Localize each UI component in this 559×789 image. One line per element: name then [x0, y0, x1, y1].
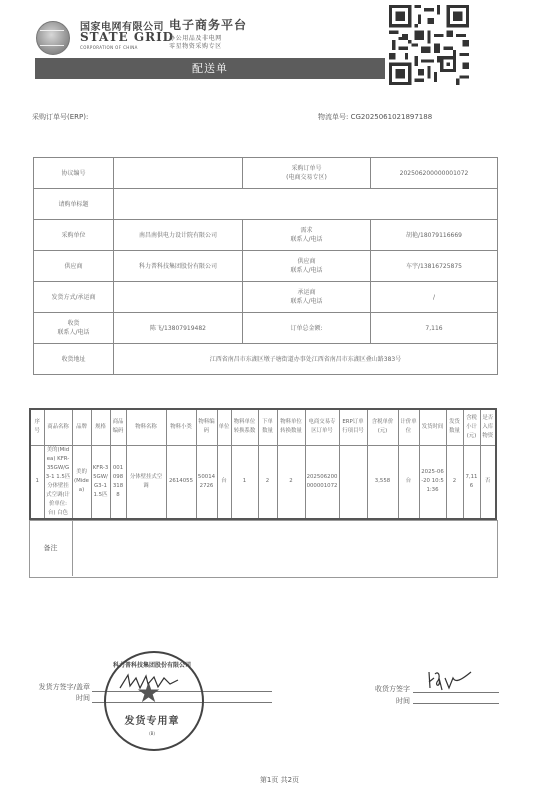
page-number: 第1页 共2页 — [0, 775, 559, 785]
receiver-line2: 联系人/电话 — [57, 329, 89, 336]
purchaser-value: 南昌南供电力设计院有限公司 — [114, 220, 243, 251]
po-number-value: 202506200000001072 — [371, 158, 498, 189]
table-cell: KFR-35GW/G3-1 1.5匹 — [91, 445, 110, 519]
erp-order-number: 采购订单号(ERP): — [32, 112, 88, 122]
items-header-row: 序号商品名称品牌规格商品编码物料名称物料小类物料编码单位物料单位转换系数下单数量… — [30, 409, 496, 445]
order-info-table: 协议编号 采购订单号(电商交易专区) 202506200000001072 请购… — [33, 157, 498, 375]
items-column-header: 含税单价(元) — [367, 409, 398, 445]
receiver-handwritten-signature-icon — [425, 668, 475, 692]
remark-label: 备注 — [29, 520, 73, 576]
items-column-header: 含税小计(元) — [463, 409, 480, 445]
address-value: 江西省南昌市东湖区墩子塘街道办事处江西省南昌市东湖区叠山路383号 — [114, 344, 498, 375]
po-label-line1: 采购订单号 — [291, 165, 321, 172]
items-column-header: 计价单位 — [398, 409, 419, 445]
table-cell: 台 — [398, 445, 419, 519]
items-column-header: 商品名称 — [44, 409, 72, 445]
info-row-request-title: 请购单标题 — [34, 189, 498, 220]
table-cell: 7,116 — [463, 445, 480, 519]
sender-signature-label: 发货方签字/盖章 — [0, 682, 90, 692]
request-title-label: 请购单标题 — [34, 189, 114, 220]
items-column-header: 电商交易专区订单号 — [305, 409, 339, 445]
company-name-en: STATE GRID — [80, 30, 174, 44]
company-name-sub: CORPORATION OF CHINA — [80, 45, 138, 50]
table-cell: 1 — [30, 445, 44, 519]
table-cell: 否 — [480, 445, 496, 519]
receiver-time-line[interactable] — [413, 703, 499, 704]
po-label-line2: (电商交易专区) — [286, 174, 327, 181]
table-cell: 202506200000001072 — [305, 445, 339, 519]
demand-contact-line2: 联系人/电话 — [290, 236, 322, 243]
supplier-contact-label: 供应商联系人/电话 — [243, 251, 371, 282]
table-cell: 2025-06-20 10:51:36 — [419, 445, 446, 519]
info-row-receiver: 收货联系人/电话 陈飞/13807919482 订单总金额: 7,116 — [34, 313, 498, 344]
items-column-header: 发货数量 — [446, 409, 463, 445]
receiver-signature-line[interactable] — [413, 692, 499, 693]
items-column-header: 物料单位转换系数 — [231, 409, 258, 445]
info-row-address: 收货地址 江西省南昌市东湖区墩子塘街道办事处江西省南昌市东湖区叠山路383号 — [34, 344, 498, 375]
items-column-header: 发货时间 — [419, 409, 446, 445]
sender-time-label: 时间 — [0, 693, 90, 703]
receiver-contact-label: 收货联系人/电话 — [34, 313, 114, 344]
info-row-shipping: 发货方式/承运商 承运商联系人/电话 / — [34, 282, 498, 313]
table-cell: 1 — [231, 445, 258, 519]
receiver-signature-label: 收货方签字 — [320, 684, 410, 694]
logo-globe-lines — [40, 30, 64, 46]
items-column-header: 品牌 — [72, 409, 91, 445]
supplier-value: 科力普科技集团股份有限公司 — [114, 251, 243, 282]
items-column-header: 物料单位转换数量 — [277, 409, 305, 445]
table-cell: 美的(Midea) — [72, 445, 91, 519]
items-column-header: 单位 — [217, 409, 231, 445]
items-column-header: 规格 — [91, 409, 110, 445]
table-cell: 3,558 — [367, 445, 398, 519]
order-total-value: 7,116 — [371, 313, 498, 344]
table-cell: 美的(Midea) KFR-35GW/G3-1 1.5匹 分体壁挂式空调(计价单… — [44, 445, 72, 519]
items-table: 序号商品名称品牌规格商品编码物料名称物料小类物料编码单位物料单位转换系数下单数量… — [29, 408, 497, 520]
shipping-value — [114, 282, 243, 313]
logistics-value: CG2025061021897188 — [351, 113, 433, 121]
seal-code-text: (B) — [140, 731, 164, 736]
supplier-label: 供应商 — [34, 251, 114, 282]
request-title-value — [114, 189, 498, 220]
shipping-label: 发货方式/承运商 — [34, 282, 114, 313]
info-row-agreement: 协议编号 采购订单号(电商交易专区) 202506200000001072 — [34, 158, 498, 189]
items-column-header: 商品编码 — [110, 409, 126, 445]
supplier-contact-line2: 联系人/电话 — [290, 267, 322, 274]
po-number-label: 采购订单号(电商交易专区) — [243, 158, 371, 189]
qr-code-icon — [389, 5, 469, 85]
remark-box — [29, 520, 498, 578]
table-cell: 分体壁挂式空调 — [126, 445, 166, 519]
purchaser-label: 采购单位 — [34, 220, 114, 251]
info-row-purchaser: 采购单位 南昌南供电力设计院有限公司 需求联系人/电话 胡艳/180791166… — [34, 220, 498, 251]
table-cell: 2 — [258, 445, 277, 519]
agreement-no-label: 协议编号 — [34, 158, 114, 189]
receiver-contact-value: 陈飞/13807919482 — [114, 313, 243, 344]
items-column-header: 序号 — [30, 409, 44, 445]
demand-contact-label: 需求联系人/电话 — [243, 220, 371, 251]
table-cell: 2 — [277, 445, 305, 519]
carrier-contact-value: / — [371, 282, 498, 313]
order-total-label: 订单总金额: — [243, 313, 371, 344]
supplier-contact-value: 车宇/13816725875 — [371, 251, 498, 282]
table-cell: 500142726 — [196, 445, 217, 519]
supplier-contact-line1: 供应商 — [297, 258, 315, 265]
items-column-header: 物料名称 — [126, 409, 166, 445]
logistics-number: 物流单号: CG2025061021897188 — [318, 112, 432, 122]
items-column-header: 是否入库物资 — [480, 409, 496, 445]
carrier-contact-line1: 承运商 — [297, 289, 315, 296]
seal-purpose-text: 发货专用章 — [118, 712, 186, 727]
address-label: 收货地址 — [34, 344, 114, 375]
seal-company-text: 科力普科技集团股份有限公司 — [112, 660, 192, 669]
demand-contact-value: 胡艳/18079116669 — [371, 220, 498, 251]
receiver-time-label: 时间 — [320, 696, 410, 706]
info-row-supplier: 供应商 科力普科技集团股份有限公司 供应商联系人/电话 车宇/138167258… — [34, 251, 498, 282]
items-column-header: 物料编码 — [196, 409, 217, 445]
table-row: 1美的(Midea) KFR-35GW/G3-1 1.5匹 分体壁挂式空调(计价… — [30, 445, 496, 519]
platform-subtitle-2: 零星物资采购专区 — [169, 41, 222, 50]
agreement-no-value — [114, 158, 243, 189]
carrier-contact-label: 承运商联系人/电话 — [243, 282, 371, 313]
items-column-header: ERP订单行项目号 — [339, 409, 367, 445]
sender-handwritten-signature-icon — [118, 672, 180, 692]
table-cell — [339, 445, 367, 519]
logistics-label: 物流单号: — [318, 113, 348, 121]
table-cell: 2 — [446, 445, 463, 519]
erp-order-label: 采购订单号(ERP): — [32, 113, 88, 121]
table-cell: 台 — [217, 445, 231, 519]
items-column-header: 下单数量 — [258, 409, 277, 445]
document-title-banner: 配送单 — [35, 58, 385, 79]
receiver-line1: 收货 — [67, 320, 79, 327]
table-cell: 2614055 — [166, 445, 196, 519]
platform-title: 电子商务平台 — [169, 16, 247, 33]
items-column-header: 物料小类 — [166, 409, 196, 445]
demand-contact-line1: 需求 — [300, 227, 312, 234]
table-cell: 001098318 8 — [110, 445, 126, 519]
carrier-contact-line2: 联系人/电话 — [290, 298, 322, 305]
